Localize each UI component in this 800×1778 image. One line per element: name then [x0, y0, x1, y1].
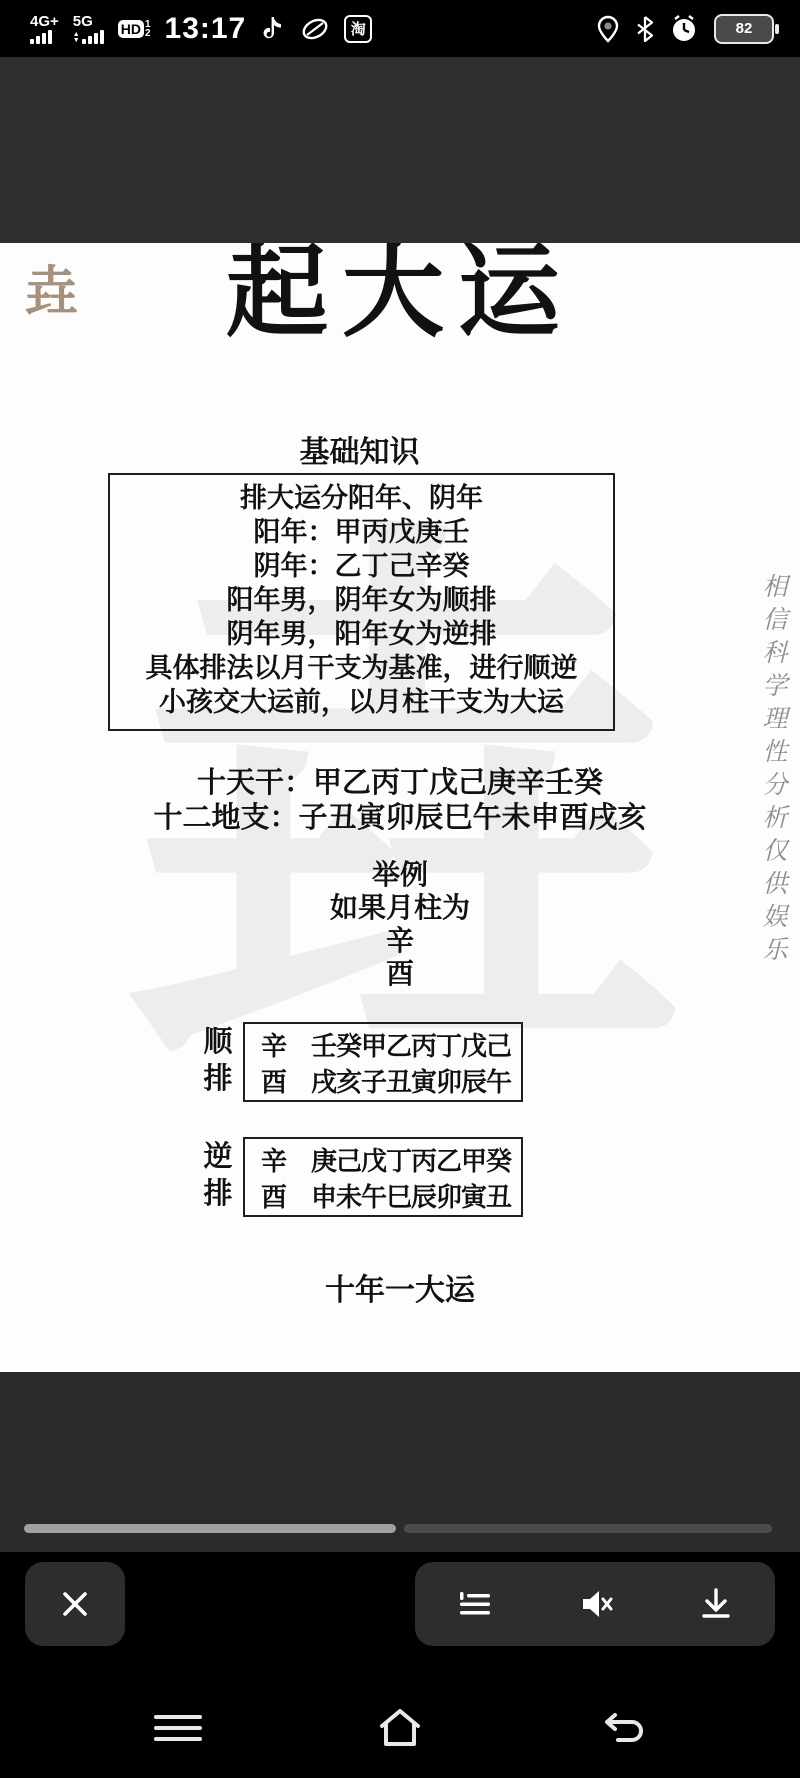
disclaimer-vertical-text: 相信科学理性分析仅供娱乐	[754, 573, 790, 973]
status-left-cluster: 4G+ 5G ▲▼ HD 1 2	[30, 0, 372, 57]
section-subtitle: 基础知识	[108, 427, 611, 471]
info-line: 阴年：乙丁己辛癸	[110, 549, 613, 583]
data-arrows-icon: ▲▼	[73, 32, 80, 44]
status-right-cluster: 82	[596, 0, 774, 57]
footer-note: 十年一大运	[0, 1265, 800, 1309]
reverse-order-label: 逆 排	[196, 1139, 240, 1213]
basics-info-box: 排大运分阳年、阴年 阳年：甲丙戊庚壬 阴年：乙丁己辛癸 阳年男，阴年女为顺排 阴…	[108, 473, 615, 731]
sequence-row: 辛 庚己戊丁丙乙甲癸	[245, 1141, 521, 1177]
example-branch: 酉	[0, 958, 800, 991]
tiktok-note-icon	[260, 15, 286, 43]
network-type-label: 4G+	[30, 14, 59, 29]
playlist-button[interactable]	[456, 1587, 494, 1621]
info-line: 阳年男，阴年女为顺排	[110, 583, 613, 617]
signal-5g-indicator: 5G ▲▼	[73, 14, 104, 44]
signal-bars-icon	[82, 30, 104, 44]
signal-bars-icon	[30, 30, 52, 44]
battery-percent: 82	[736, 20, 753, 37]
signal-4g-indicator: 4G+	[30, 14, 59, 44]
example-intro: 如果月柱为	[0, 892, 800, 925]
bluetooth-icon	[636, 15, 654, 43]
example-title: 举例	[0, 859, 800, 892]
location-icon	[596, 15, 620, 43]
volte-hd-icon: HD 1 2	[118, 20, 151, 38]
sequence-row: 酉 戌亥子丑寅卯辰午	[245, 1062, 521, 1098]
sequence-row: 辛 壬癸甲乙丙丁戊己	[245, 1026, 521, 1062]
battery-indicator: 82	[714, 14, 774, 44]
example-stem: 辛	[0, 925, 800, 958]
forward-sequence-box: 辛 壬癸甲乙丙丁戊己 酉 戌亥子丑寅卯辰午	[243, 1022, 523, 1102]
network-type-label: 5G	[73, 14, 93, 29]
info-line: 阴年男，阳年女为逆排	[110, 617, 613, 651]
player-panel	[0, 1372, 800, 1552]
download-button[interactable]	[698, 1587, 734, 1621]
progress-bar-remaining[interactable]	[404, 1524, 772, 1533]
info-line: 阳年：甲丙戊庚壬	[110, 515, 613, 549]
status-bar: 4G+ 5G ▲▼ HD 1 2	[0, 0, 800, 57]
close-button[interactable]	[25, 1562, 125, 1646]
example-block: 举例 如果月柱为 辛 酉	[0, 859, 800, 991]
toolbar-action-group	[415, 1562, 775, 1646]
system-nav-bar	[0, 1680, 800, 1778]
page-title: 起大运	[0, 243, 800, 353]
forward-order-label: 顺 排	[196, 1024, 240, 1098]
close-icon	[59, 1588, 91, 1620]
home-icon	[374, 1706, 426, 1750]
reverse-sequence-box: 辛 庚己戊丁丙乙甲癸 酉 申未午巳辰卯寅丑	[243, 1137, 523, 1217]
taobao-app-icon: 淘	[344, 15, 372, 43]
nav-menu-button[interactable]	[146, 1702, 210, 1754]
info-line: 排大运分阳年、阴年	[110, 481, 613, 515]
battery-nub	[775, 24, 779, 34]
info-line: 具体排法以月干支为基准，进行顺逆	[110, 651, 613, 685]
nav-home-button[interactable]	[368, 1702, 432, 1754]
earthly-branches-line: 十二地支：子丑寅卯辰巳午未申酉戌亥	[0, 795, 800, 836]
sequence-row: 酉 申未午巳辰卯寅丑	[245, 1177, 521, 1213]
alarm-clock-icon	[670, 15, 698, 43]
nav-back-button[interactable]	[590, 1702, 654, 1754]
menu-icon	[152, 1710, 204, 1746]
info-line: 小孩交大运前，以月柱干支为大运	[110, 685, 613, 719]
mute-button[interactable]	[577, 1587, 615, 1621]
viewed-image[interactable]: 垚 垚 起大运 基础知识 排大运分阳年、阴年 阳年：甲丙戊庚壬 阴年：乙丁己辛癸…	[0, 243, 800, 1372]
clock-time: 13:17	[165, 12, 247, 46]
phone-screen: 4G+ 5G ▲▼ HD 1 2	[0, 0, 800, 1778]
back-arrow-icon	[596, 1708, 648, 1748]
viewer-toolbar	[0, 1552, 800, 1680]
letterbox-top	[0, 57, 800, 243]
hd-sub: 2	[145, 29, 151, 38]
progress-bar-played[interactable]	[24, 1524, 396, 1533]
leaf-icon	[300, 16, 330, 42]
